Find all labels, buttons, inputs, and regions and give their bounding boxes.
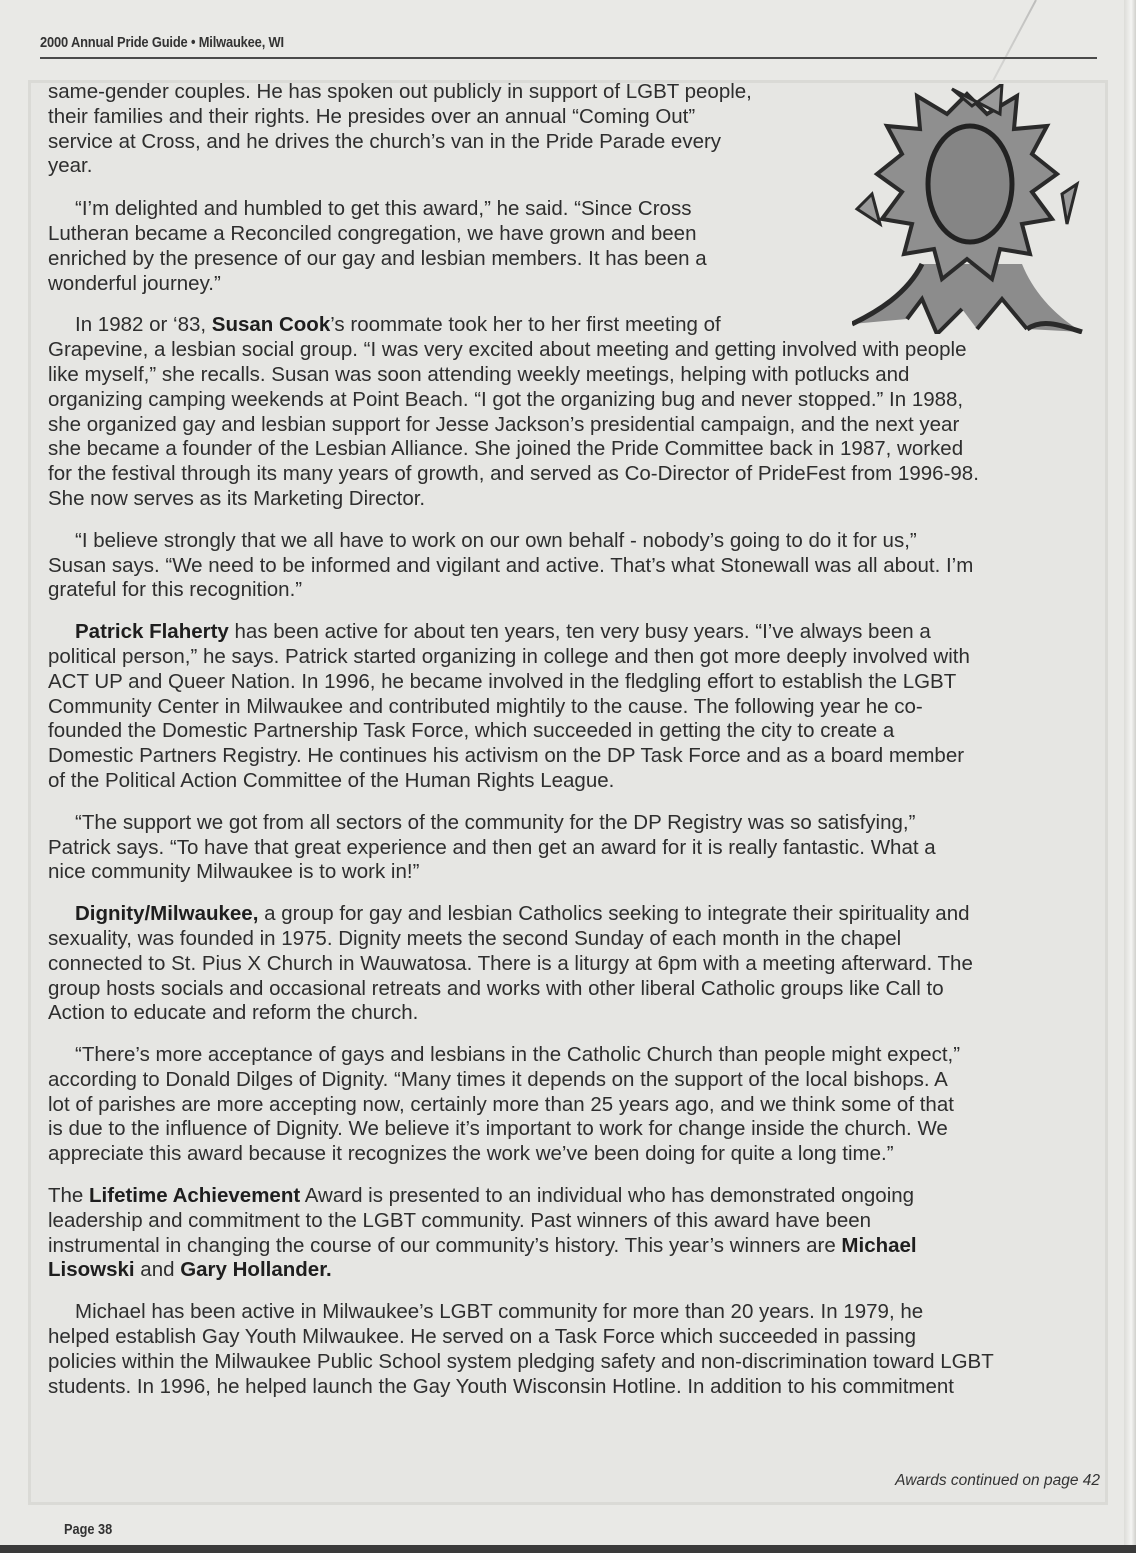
paragraph-dignity-quote: “There’s more acceptance of gays and les… <box>48 1043 1108 1167</box>
award-name: Lifetime Achievement <box>89 1184 300 1207</box>
bottom-border <box>0 1545 1136 1553</box>
honoree-name: Dignity/Milwaukee, <box>75 902 258 925</box>
page-edge <box>1124 0 1136 1553</box>
paragraph-susan-cook: In 1982 or ‘83, Susan Cook’s roommate to… <box>48 313 1108 511</box>
winner-name: Michael <box>841 1234 916 1257</box>
running-header: 2000 Annual Pride Guide • Milwaukee, WI <box>40 34 974 51</box>
paragraph-michael-lisowski: Michael has been active in Milwaukee’s L… <box>48 1300 1108 1399</box>
header-divider <box>40 57 1097 59</box>
paragraph-susan-quote: “I believe strongly that we all have to … <box>48 529 1108 603</box>
page-number: Page 38 <box>64 1521 112 1538</box>
paragraph-cross-lutheran-intro: same-gender couples. He has spoken out p… <box>48 80 838 179</box>
paragraph-cross-lutheran-quote: “I’m delighted and humbled to get this a… <box>48 197 838 296</box>
paragraph-patrick-flaherty: Patrick Flaherty has been active for abo… <box>48 620 1108 794</box>
continued-note: Awards continued on page 42 <box>895 1472 1100 1490</box>
paragraph-patrick-quote: “The support we got from all sectors of … <box>48 811 1108 885</box>
winner-name: Lisowski <box>48 1258 135 1281</box>
winner-name: Gary Hollander. <box>180 1258 332 1281</box>
honoree-name: Susan Cook <box>212 313 330 336</box>
paragraph-dignity-milwaukee: Dignity/Milwaukee, a group for gay and l… <box>48 902 1108 1026</box>
honoree-name: Patrick Flaherty <box>75 620 229 643</box>
paragraph-lifetime-achievement: The Lifetime Achievement Award is presen… <box>48 1184 1108 1283</box>
article-body: same-gender couples. He has spoken out p… <box>48 80 1108 1416</box>
